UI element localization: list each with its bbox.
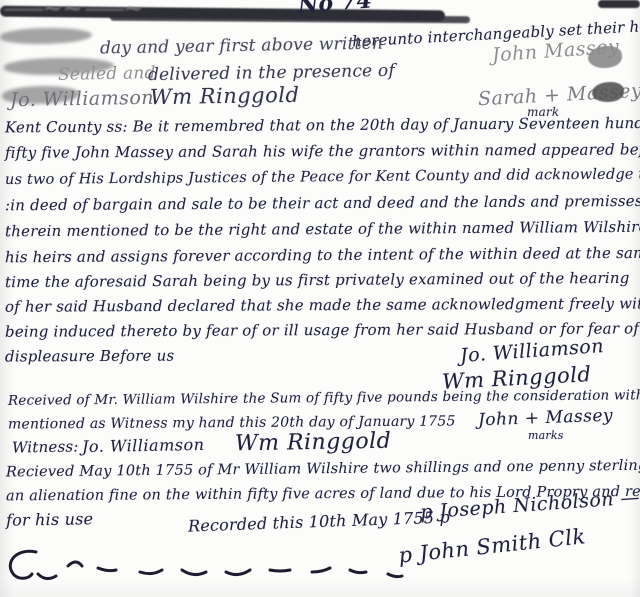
ack-line-6: his heirs and assigns forever according …: [5, 246, 640, 266]
attestation-presence-faded: Sealed and: [58, 65, 156, 84]
recording-note: Recorded this 10th May 1755 p: [188, 509, 450, 534]
corner-ink-mark: [598, 0, 640, 8]
attestation-witness-1: Jo. Williamson: [10, 89, 154, 111]
page-number: No 74: [297, 0, 372, 17]
ack-line-10: displeasure Before us: [5, 349, 174, 365]
receipt-mark-label: marks: [528, 430, 564, 441]
receipt-witness-1: Jo. Williamson: [82, 437, 205, 455]
alienation-line-3: for his use: [6, 511, 93, 529]
seal-sarah-massey: [592, 82, 624, 102]
faded-ink-blob-1: [0, 28, 92, 44]
ack-line-7: time the aforesaid Sarah being by us fir…: [5, 271, 630, 290]
receipt-signature-massey: John + Massey: [478, 408, 614, 430]
closing-flourish: [2, 544, 432, 594]
receipt-witness-label: Witness:: [12, 439, 79, 455]
ack-line-3: us two of His Lordships Justices of the …: [5, 167, 640, 188]
seal-john-massey: [588, 46, 622, 68]
ink-smudge-bar-2: [110, 14, 470, 24]
faded-ink-scribble-1: ⸺∼∼⸺∼: [2, 0, 144, 20]
receipt-witness-2: Wm Ringgold: [235, 431, 392, 456]
alienation-line-1: Recieved May 10th 1755 of Mr William Wil…: [6, 459, 640, 480]
ack-line-1: Kent County ss: Be it remembred that on …: [5, 116, 640, 136]
receipt-line-1: Received of Mr. William Wilshire the Sum…: [8, 389, 640, 408]
attestation-date-line: day and year first above written: [100, 36, 383, 58]
ack-line-5: therein mentioned to be the right and es…: [5, 220, 640, 239]
ack-line-2: fifty five John Massey and Sarah his wif…: [5, 142, 640, 160]
scanned-document-page: No 74 ⸺∼∼⸺∼ hereunto interchangeably set…: [0, 0, 640, 597]
ack-line-9: being induced thereto by fear of or ill …: [5, 321, 640, 339]
ack-line-8: of her said Husband declared that she ma…: [5, 296, 640, 315]
attestation-witness-2: Wm Ringgold: [150, 85, 300, 109]
attestation-presence-line: delivered in the presence of: [148, 63, 395, 84]
ack-line-4: :in deed of bargain and sale to be their…: [5, 194, 640, 214]
